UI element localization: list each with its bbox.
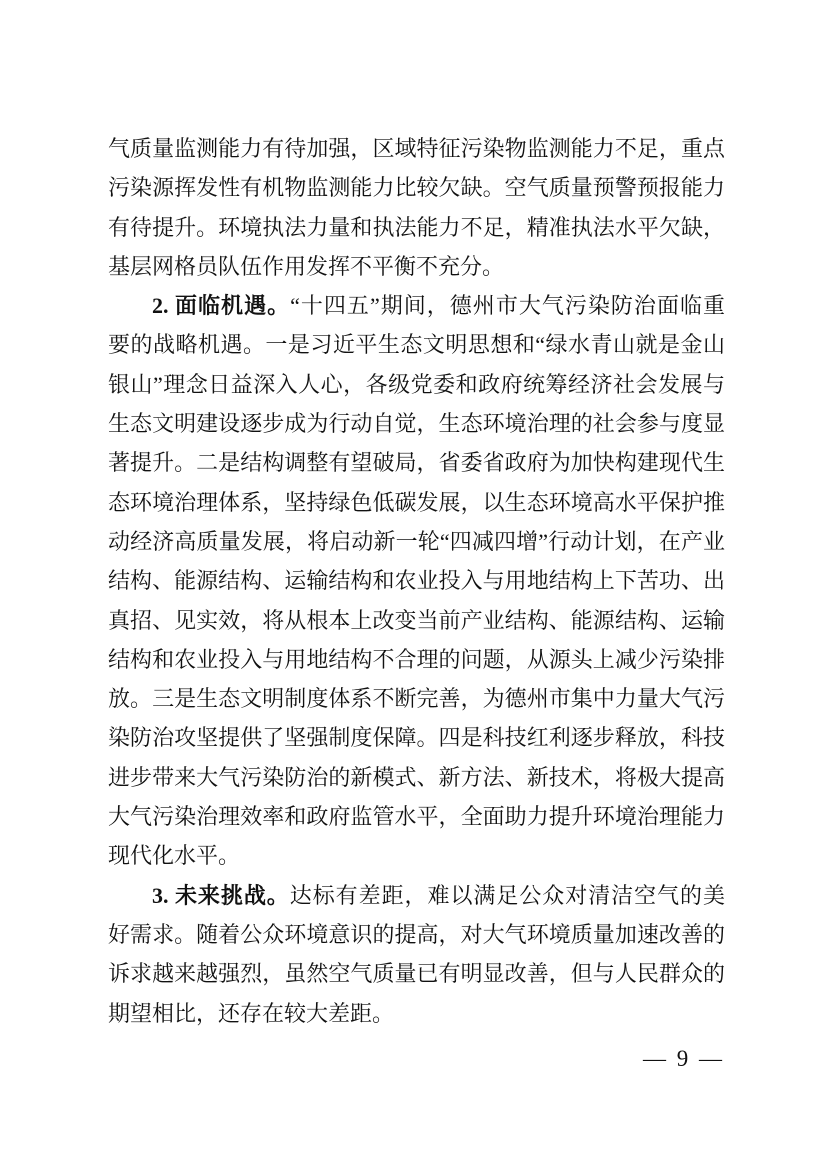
text-line: 银山”理念日益深入人心，各级党委和政府统筹经济社会发展与	[108, 365, 725, 404]
text-line: 有待提升。环境执法力量和执法能力不足，精准执法水平欠缺，	[108, 208, 725, 247]
text-line: 结构和农业投入与用地结构不合理的问题，从源头上减少污染排	[108, 640, 725, 679]
line-text: “十四五”期间，德州市大气污染防治面临重	[290, 293, 725, 318]
text-line: 动经济高质量发展，将启动新一轮“四减四增”行动计划，在产业	[108, 522, 725, 561]
text-line: 结构、能源结构、运输结构和农业投入与用地结构上下苦功、出	[108, 561, 725, 600]
paragraph-lead: 3. 未来挑战。	[152, 883, 290, 908]
text-line: 基层网格员队伍作用发挥不平衡不充分。	[108, 247, 725, 286]
document-page: 气质量监测能力有待加强，区域特征污染物监测能力不足，重点污染源挥发性有机物监测能…	[0, 0, 826, 1169]
text-line: 2. 面临机遇。“十四五”期间，德州市大气污染防治面临重	[108, 286, 725, 325]
text-line: 放。三是生态文明制度体系不断完善，为德州市集中力量大气污	[108, 679, 725, 718]
text-line: 真招、见实效，将从根本上改变当前产业结构、能源结构、运输	[108, 601, 725, 640]
paragraph: 2. 面临机遇。“十四五”期间，德州市大气污染防治面临重要的战略机遇。一是习近平…	[108, 286, 725, 875]
text-line: 气质量监测能力有待加强，区域特征污染物监测能力不足，重点	[108, 129, 725, 168]
paragraph: 气质量监测能力有待加强，区域特征污染物监测能力不足，重点污染源挥发性有机物监测能…	[108, 129, 725, 286]
text-line: 污染源挥发性有机物监测能力比较欠缺。空气质量预警预报能力	[108, 168, 725, 207]
text-line: 好需求。随着公众环境意识的提高，对大气环境质量加速改善的	[108, 915, 725, 954]
text-line: 期望相比，还存在较大差距。	[108, 994, 725, 1033]
text-line: 生态文明建设逐步成为行动自觉，生态环境治理的社会参与度显	[108, 404, 725, 443]
paragraph-lead: 2. 面临机遇。	[152, 293, 290, 318]
text-line: 3. 未来挑战。达标有差距，难以满足公众对清洁空气的美	[108, 876, 725, 915]
paragraph: 3. 未来挑战。达标有差距，难以满足公众对清洁空气的美好需求。随着公众环境意识的…	[108, 876, 725, 1033]
text-line: 进步带来大气污染防治的新模式、新方法、新技术，将极大提高	[108, 758, 725, 797]
text-line: 态环境治理体系，坚持绿色低碳发展，以生态环境高水平保护推	[108, 483, 725, 522]
text-line: 要的战略机遇。一是习近平生态文明思想和“绿水青山就是金山	[108, 325, 725, 364]
text-line: 现代化水平。	[108, 836, 725, 875]
text-line: 染防治攻坚提供了坚强制度保障。四是科技红利逐步释放，科技	[108, 718, 725, 757]
text-block: 气质量监测能力有待加强，区域特征污染物监测能力不足，重点污染源挥发性有机物监测能…	[108, 129, 725, 1033]
text-line: 著提升。二是结构调整有望破局，省委省政府为加快构建现代生	[108, 443, 725, 482]
text-line: 大气污染治理效率和政府监管水平，全面助力提升环境治理能力	[108, 797, 725, 836]
page-number: — 9 —	[643, 1046, 722, 1072]
text-line: 诉求越来越强烈，虽然空气质量已有明显改善，但与人民群众的	[108, 954, 725, 993]
line-text: 达标有差距，难以满足公众对清洁空气的美	[290, 883, 725, 908]
